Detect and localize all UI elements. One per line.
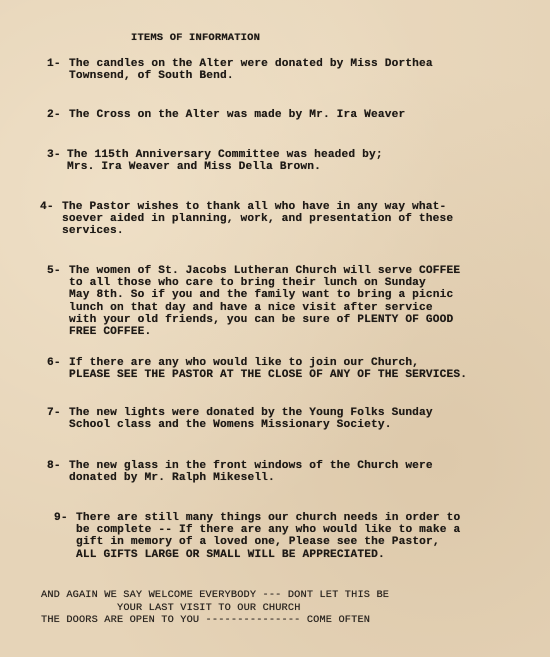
item-text-line: FREE COFFEE. [69,327,151,339]
item-text-line: Townsend, of South Bend. [69,71,234,83]
item-text-line: School class and the Womens Missionary S… [69,420,392,432]
item-text-line: with your old friends, you can be sure o… [69,315,453,327]
item-text-line: The new glass in the front windows of th… [69,461,433,473]
closing-line-3: THE DOORS ARE OPEN TO YOU --------------… [41,615,370,627]
item-number: 6- [47,358,61,370]
item-text-line: to all those who care to bring their lun… [69,278,426,290]
item-text-line: May 8th. So if you and the family want t… [69,290,453,302]
item-text-line: lunch on that day and have a nice visit … [69,303,433,315]
item-text-line: The 115th Anniversary Committee was head… [67,150,383,162]
item-number: 8- [47,461,61,473]
item-text-line: The Pastor wishes to thank all who have … [62,202,446,214]
item-text-line: There are still many things our church n… [76,513,460,525]
item-text-line: The women of St. Jacobs Lutheran Church … [69,266,460,278]
item-number: 9- [54,513,68,525]
item-text-line: The candles on the Alter were donated by… [69,59,433,71]
item-text-line: soever aided in planning, work, and pres… [62,214,453,226]
item-number: 5- [47,266,61,278]
item-text-line: Mrs. Ira Weaver and Miss Della Brown. [67,162,321,174]
item-text-line: be complete -- If there are any who woul… [76,525,460,537]
item-number: 1- [47,59,61,71]
item-text-line: gift in memory of a loved one, Please se… [76,537,440,549]
item-number: 2- [47,110,61,122]
closing-line-2: YOUR LAST VISIT TO OUR CHURCH [117,603,301,615]
item-number: 3- [47,150,61,162]
item-text-line: ALL GIFTS LARGE OR SMALL WILL BE APPRECI… [76,550,385,562]
item-text-line: donated by Mr. Ralph Mikesell. [69,473,275,485]
item-text-line: If there are any who would like to join … [69,358,419,370]
item-text-line: services. [62,226,124,238]
item-text-line: PLEASE SEE THE PASTOR AT THE CLOSE OF AN… [69,370,467,382]
item-number: 7- [47,408,61,420]
closing-line-1: AND AGAIN WE SAY WELCOME EVERYBODY --- D… [41,590,389,602]
item-text-line: The Cross on the Alter was made by Mr. I… [69,110,405,122]
item-number: 4- [40,202,54,214]
item-text-line: The new lights were donated by the Young… [69,408,433,420]
document-page: ITEMS OF INFORMATION 1-The candles on th… [0,0,550,657]
document-title: ITEMS OF INFORMATION [131,33,260,45]
